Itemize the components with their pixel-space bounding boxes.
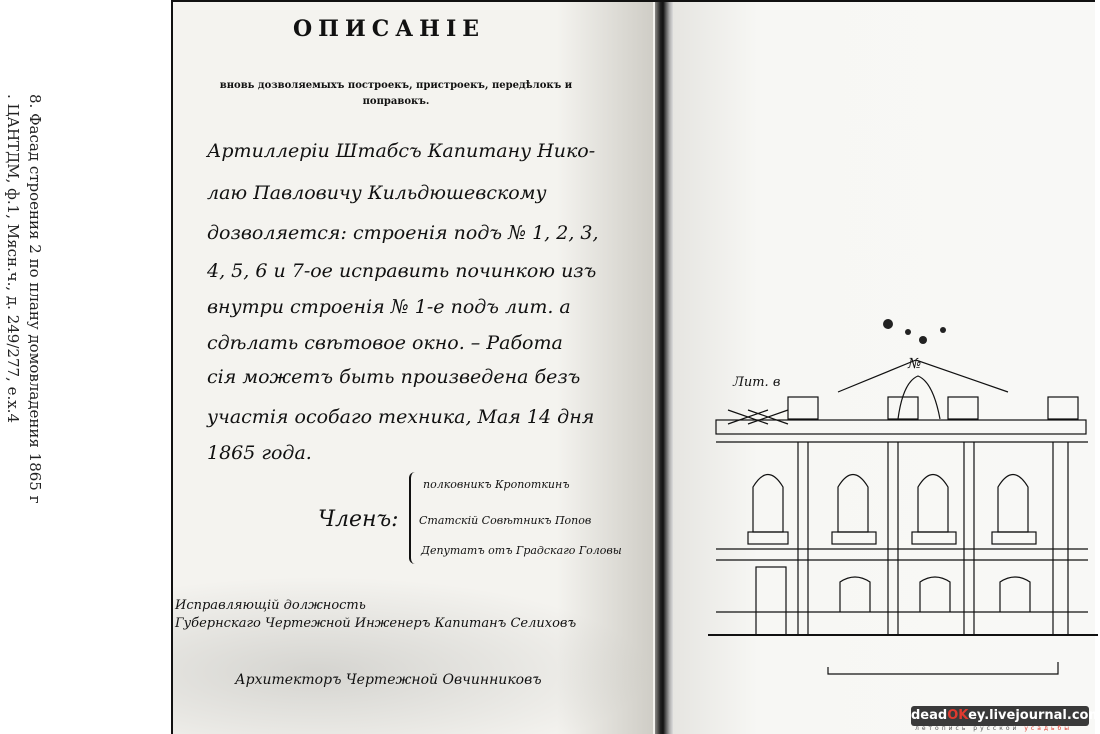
- body-line: Артиллеріи Штабсъ Капитану Нико-: [207, 140, 595, 162]
- signature-line: Исправляющій должность: [175, 598, 366, 613]
- image-caption: 8. Фасад строения 2 по плану домовладени…: [0, 0, 60, 734]
- member-signature: полковникъ Кропоткинъ: [423, 478, 570, 491]
- drawing-label: Лит. в: [732, 375, 780, 390]
- members-label: Членъ:: [318, 507, 399, 532]
- watermark-logo: deadOKey.livejournal.com: [911, 706, 1089, 726]
- brace: [409, 472, 419, 564]
- body-line: лаю Павловичу Кильдюшевскому: [207, 182, 547, 204]
- facade-drawing: Лит. в №: [708, 302, 1098, 682]
- left-page: ОПИСАНІЕ вновь дозволяемыхъ построекъ, п…: [173, 2, 653, 734]
- caption-line-1: 8. Фасад строения 2 по плану домовладени…: [26, 94, 44, 503]
- member-signature: Депутатъ отъ Градскаго Головы: [421, 544, 622, 557]
- body-line: сія можетъ быть произведена безъ: [207, 366, 580, 388]
- watermark-suffix: ey.livejournal.com: [968, 708, 1100, 723]
- signature-line: Губернскаго Чертежной Инженеръ Капитанъ …: [175, 616, 576, 631]
- tagline-part: летопись русской: [915, 725, 1019, 732]
- tagline-part: усадьбы: [1024, 725, 1072, 732]
- scanned-document: ОПИСАНІЕ вновь дозволяемыхъ построекъ, п…: [171, 0, 1095, 734]
- member-signature: Статскій Совѣтникъ Попов: [419, 514, 591, 527]
- body-line: 1865 года.: [207, 442, 312, 464]
- watermark-tagline: летопись русской усадьбы: [915, 725, 1087, 732]
- body-line: дозволяется: строенія подъ № 1, 2, 3,: [207, 222, 599, 244]
- caption-line-2: . ЦАНТДМ, ф.1, Мясн.ч., д. 249/277, е.х.…: [4, 94, 22, 423]
- watermark-highlight: OK: [947, 708, 968, 723]
- document-subtitle: вновь дозволяемыхъ построекъ, пристроекъ…: [191, 78, 601, 110]
- watermark-prefix: dead: [911, 708, 947, 723]
- document-title: ОПИСАНІЕ: [293, 16, 485, 42]
- body-line: 4, 5, 6 и 7-ое исправить починкою изъ: [207, 260, 596, 282]
- drawing-mark: №: [907, 356, 921, 372]
- signature-line: Архитекторъ Чертежной Овчинниковъ: [235, 672, 542, 688]
- book-gutter: [655, 2, 673, 734]
- body-line: внутри строенія № 1-е подъ лит. а: [207, 296, 571, 318]
- body-line: участія особаго техника, Мая 14 дня: [207, 406, 594, 428]
- body-line: сдѣлать свѣтовое окно. – Работа: [207, 332, 563, 354]
